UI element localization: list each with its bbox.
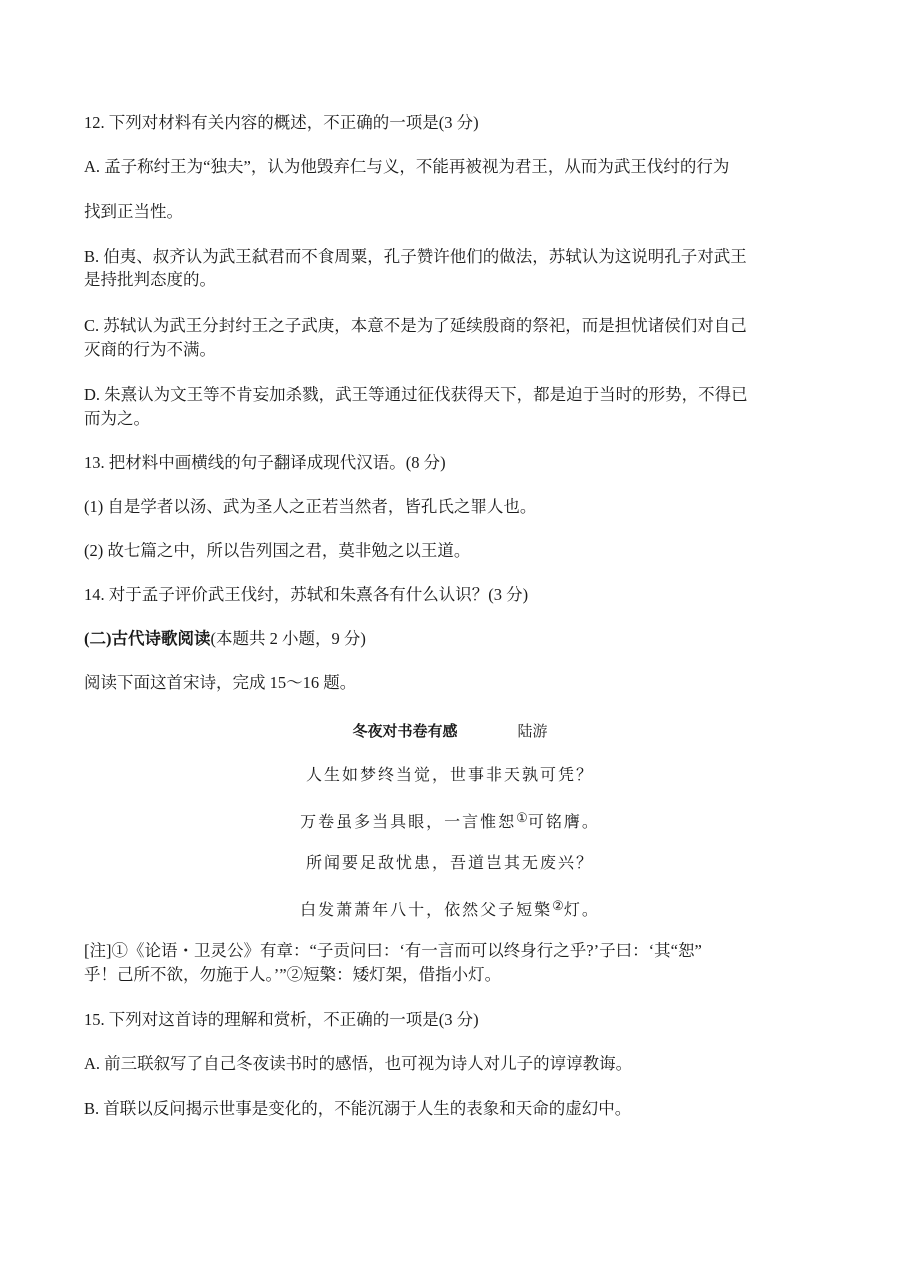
section-heading-note: (本题共 2 小题，9 分) — [211, 629, 366, 648]
section-heading-title: (二)古代诗歌阅读 — [84, 629, 211, 648]
poem-line-4-text-b: 灯。 — [564, 900, 600, 919]
footnote-marker-1: ① — [516, 811, 528, 826]
q15-option-a: A. 前三联叙写了自己冬夜读书时的感悟，也可视为诗人对儿子的谆谆教诲。 — [84, 1053, 812, 1075]
q15-stem: 15. 下列对这首诗的理解和赏析，不正确的一项是(3 分) — [84, 1009, 812, 1031]
q12-option-d-line1: D. 朱熹认为文王等不肯妄加杀戮，武王等通过征伐获得天下，都是迫于当时的形势，不… — [84, 384, 812, 406]
poem-author: 陆游 — [518, 724, 548, 740]
poem-header: 冬夜对书卷有感陆游 — [0, 720, 900, 741]
q13-item-1: (1) 自是学者以汤、武为圣人之正若当然者，皆孔氏之罪人也。 — [84, 496, 812, 518]
q13-item-2: (2) 故七篇之中，所以告列国之君，莫非勉之以王道。 — [84, 540, 812, 562]
footnote-marker-2: ② — [552, 899, 564, 914]
section-instruction: 阅读下面这首宋诗，完成 15～16 题。 — [84, 672, 812, 694]
q12-option-b-line2: 是持批判态度的。 — [84, 269, 812, 291]
poem-line-2-text-a: 万卷虽多当具眼，一言惟恕 — [300, 812, 516, 831]
poem-line-4-text-a: 白发萧萧年八十，依然父子短檠 — [300, 900, 552, 919]
q12-option-d-line2: 而为之。 — [84, 408, 812, 430]
notes-line-2: 乎！己所不欲，勿施于人。’”②短檠：矮灯架，借指小灯。 — [84, 964, 812, 986]
q12-option-b-line1: B. 伯夷、叔齐认为武王弑君而不食周粟，孔子赞许他们的做法，苏轼认为这说明孔子对… — [84, 246, 812, 268]
q12-option-c-line1: C. 苏轼认为武王分封纣王之子武庚，本意不是为了延续殷商的祭祀，而是担忧诸侯们对… — [84, 315, 812, 337]
notes-line-1: [注]①《论语・卫灵公》有章：“子贡问曰：‘有一言而可以终身行之乎?’子曰：‘其… — [84, 940, 812, 962]
section-heading: (二)古代诗歌阅读(本题共 2 小题，9 分) — [84, 628, 812, 650]
q15-option-b: B. 首联以反问揭示世事是变化的，不能沉溺于人生的表象和天命的虚幻中。 — [84, 1098, 812, 1120]
q14-stem: 14. 对于孟子评价武王伐纣，苏轼和朱熹各有什么认识？(3 分) — [84, 584, 812, 606]
q12-option-c-line2: 灭商的行为不满。 — [84, 339, 812, 361]
poem-line-2: 万卷虽多当具眼，一言惟恕①可铭膺。 — [0, 808, 900, 833]
poem-title: 冬夜对书卷有感 — [352, 724, 457, 740]
q12-option-a-line2: 找到正当性。 — [84, 201, 812, 223]
poem-line-4: 白发萧萧年八十，依然父子短檠②灯。 — [0, 896, 900, 921]
q12-option-a-line1: A. 孟子称纣王为“独夫”，认为他毁弃仁与义，不能再被视为君王，从而为武王伐纣的… — [84, 156, 812, 178]
poem-line-2-text-b: 可铭膺。 — [528, 812, 600, 831]
poem-line-1: 人生如梦终当觉，世事非天孰可凭？ — [0, 764, 900, 786]
q12-stem: 12. 下列对材料有关内容的概述，不正确的一项是(3 分) — [84, 112, 812, 134]
q13-stem: 13. 把材料中画横线的句子翻译成现代汉语。(8 分) — [84, 452, 812, 474]
poem-line-3: 所闻要足敌忧患，吾道岂其无废兴？ — [0, 852, 900, 874]
